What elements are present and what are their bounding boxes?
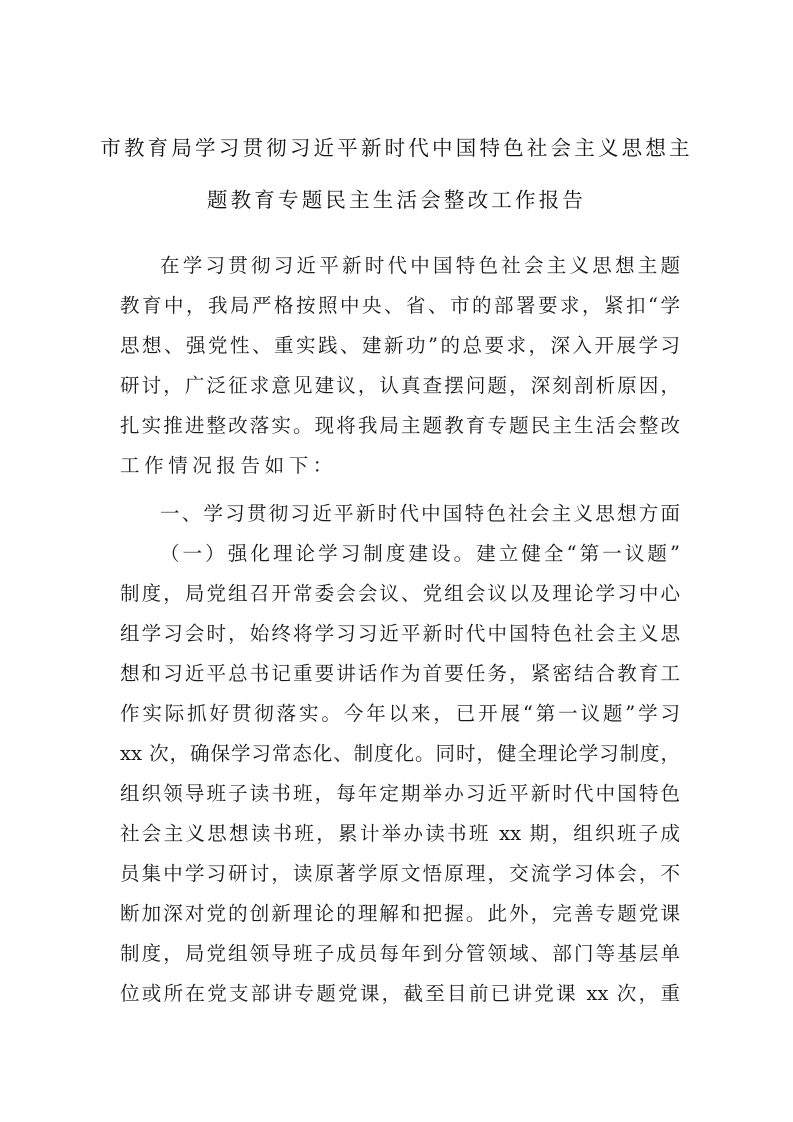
- body-line: 教育中，我局严格按照中央、省、市的部署要求，紧扣“学: [120, 290, 680, 318]
- body-line: 位或所在党支部讲专题党课，截至目前已讲党课 xx 次，重: [120, 978, 680, 1006]
- body-line: 作实际抓好贯彻落实。今年以来，已开展“第一议题”学习: [120, 698, 680, 726]
- body-line: 在学习贯彻习近平新时代中国特色社会主义思想主题: [160, 250, 680, 278]
- document-title-line-2: 题教育专题民主生活会整改工作报告: [0, 183, 793, 213]
- body-line: 组织领导班子读书班，每年定期举办习近平新时代中国特色: [120, 778, 680, 806]
- subsection-heading: （一）强化理论学习制度建设。建立健全“第一议题”: [160, 538, 680, 566]
- body-line: 工作情况报告如下：: [120, 450, 680, 478]
- document-title-line-1: 市教育局学习贯彻习近平新时代中国特色社会主义思想主: [0, 131, 793, 161]
- body-line: 思想、强党性、重实践、建新功”的总要求，深入开展学习: [120, 330, 680, 358]
- body-line: 断加深对党的创新理论的理解和把握。此外，完善专题党课: [120, 898, 680, 926]
- body-line: 社会主义思想读书班，累计举办读书班 xx 期，组织班子成: [120, 818, 680, 846]
- document-page: 市教育局学习贯彻习近平新时代中国特色社会主义思想主 题教育专题民主生活会整改工作…: [0, 0, 793, 1122]
- body-line: 想和习近平总书记重要讲话作为首要任务，紧密结合教育工: [120, 658, 680, 686]
- body-line: 扎实推进整改落实。现将我局主题教育专题民主生活会整改: [120, 410, 680, 438]
- body-line: 组学习会时，始终将学习习近平新时代中国特色社会主义思: [120, 618, 680, 646]
- body-line: 制度，局党组领导班子成员每年到分管领域、部门等基层单: [120, 938, 680, 966]
- body-line: 研讨，广泛征求意见建议，认真查摆问题，深刻剖析原因，: [120, 370, 680, 398]
- body-line: 制度，局党组召开常委会会议、党组会议以及理论学习中心: [120, 578, 680, 606]
- section-heading: 一、学习贯彻习近平新时代中国特色社会主义思想方面: [160, 498, 680, 526]
- body-line: 员集中学习研讨，读原著学原文悟原理，交流学习体会，不: [120, 858, 680, 886]
- body-line: xx 次，确保学习常态化、制度化。同时，健全理论学习制度，: [120, 738, 680, 766]
